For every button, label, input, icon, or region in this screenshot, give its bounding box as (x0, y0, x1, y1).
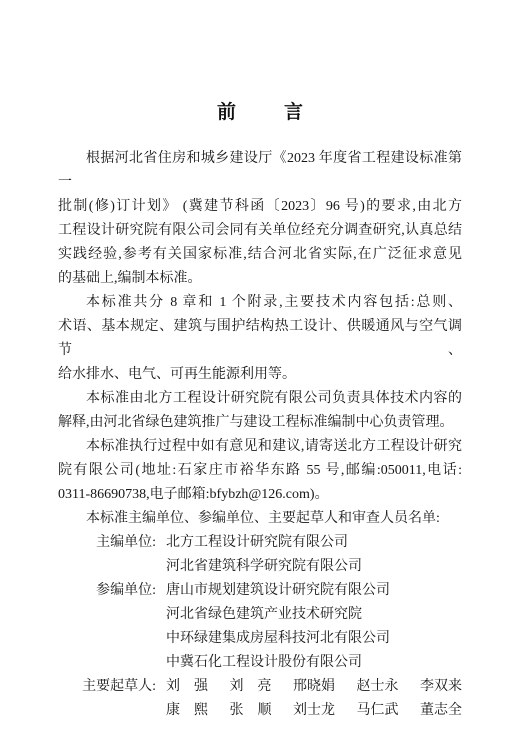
body-line: 根据河北省住房和城乡建设厅《2023 年度省工程建设标准第一 (58, 147, 462, 195)
drafter-name: 刘 亮 (230, 675, 272, 699)
drafter-name: 康 熙 (166, 699, 208, 723)
body-line: 实践经验,参考有关国家标准,结合河北省实际,在广泛征求意见 (58, 243, 462, 267)
drafter-name: 李双来 (420, 675, 462, 699)
participating-editor-label: 参编单位: (58, 579, 166, 675)
title-char-right: 言 (284, 100, 303, 126)
preface-content: 前 言 根据河北省住房和城乡建设厅《2023 年度省工程建设标准第一 批制(修)… (58, 100, 462, 723)
body-line: 本标准主编单位、参编单位、主要起草人和审查人员名单: (58, 507, 462, 531)
document-page: 前 言 根据河北省住房和城乡建设厅《2023 年度省工程建设标准第一 批制(修)… (0, 0, 515, 747)
body-line: 0311-86690738,电子邮箱:bfybzh@126.com)。 (58, 483, 462, 507)
participating-editor-row: 参编单位: 唐山市规划建筑设计研究院有限公司 河北省绿色建筑产业技术研究院 中环… (58, 579, 462, 675)
drafter-name: 刘士龙 (293, 699, 335, 723)
drafters-row: 主要起草人: 刘 强 刘 亮 邢晓娟 赵士永 李双来 康 熙 张 顺 刘士龙 马… (58, 675, 462, 723)
drafter-name: 马仁武 (357, 699, 399, 723)
chief-editor-label: 主编单位: (58, 531, 166, 579)
unit-name: 唐山市规划建筑设计研究院有限公司 (166, 579, 462, 603)
participating-editor-units: 唐山市规划建筑设计研究院有限公司 河北省绿色建筑产业技术研究院 中环绿建集成房屋… (166, 579, 462, 675)
page-title: 前 言 (58, 100, 462, 126)
body-line: 工程设计研究院有限公司会同有关单位经充分调查研究,认真总结 (58, 219, 462, 243)
drafter-name: 赵士永 (357, 675, 399, 699)
unit-name: 河北省绿色建筑产业技术研究院 (166, 603, 462, 627)
drafter-name-row: 刘 强 刘 亮 邢晓娟 赵士永 李双来 (166, 675, 462, 699)
drafter-name-row: 康 熙 张 顺 刘士龙 马仁武 董志全 (166, 699, 462, 723)
drafter-name: 刘 强 (166, 675, 208, 699)
title-char-left: 前 (217, 100, 236, 126)
body-line: 本标准执行过程中如有意见和建议,请寄送北方工程设计研究 (58, 435, 462, 459)
drafter-name: 邢晓娟 (293, 675, 335, 699)
body-line: 的基础上,编制本标准。 (58, 267, 462, 291)
body-line: 批制(修)订计划》 (冀建节科函〔2023〕96 号)的要求,由北方 (58, 195, 462, 219)
body-line: 解释,由河北省绿色建筑推广与建设工程标准编制中心负责管理。 (58, 411, 462, 435)
drafters-label: 主要起草人: (58, 675, 166, 723)
unit-name: 中冀石化工程设计股份有限公司 (166, 651, 462, 675)
body-line: 给水排水、电气、可再生能源利用等。 (58, 363, 462, 387)
chief-editor-row: 主编单位: 北方工程设计研究院有限公司 河北省建筑科学研究院有限公司 (58, 531, 462, 579)
body-line: 本标准由北方工程设计研究院有限公司负责具体技术内容的 (58, 387, 462, 411)
drafter-name: 董志全 (420, 699, 462, 723)
body-line: 院有限公司(地址:石家庄市裕华东路 55 号,邮编:050011,电话: (58, 459, 462, 483)
unit-name: 河北省建筑科学研究院有限公司 (166, 555, 462, 579)
drafter-name: 张 顺 (230, 699, 272, 723)
body-line: 术语、基本规定、建筑与围护结构热工设计、供暖通风与空气调节、 (58, 315, 462, 363)
chief-editor-units: 北方工程设计研究院有限公司 河北省建筑科学研究院有限公司 (166, 531, 462, 579)
drafters-names: 刘 强 刘 亮 邢晓娟 赵士永 李双来 康 熙 张 顺 刘士龙 马仁武 董志全 (166, 675, 462, 723)
body-line: 本标准共分 8 章和 1 个附录,主要技术内容包括:总则、 (58, 291, 462, 315)
unit-name: 中环绿建集成房屋科技河北有限公司 (166, 627, 462, 651)
unit-name: 北方工程设计研究院有限公司 (166, 531, 462, 555)
